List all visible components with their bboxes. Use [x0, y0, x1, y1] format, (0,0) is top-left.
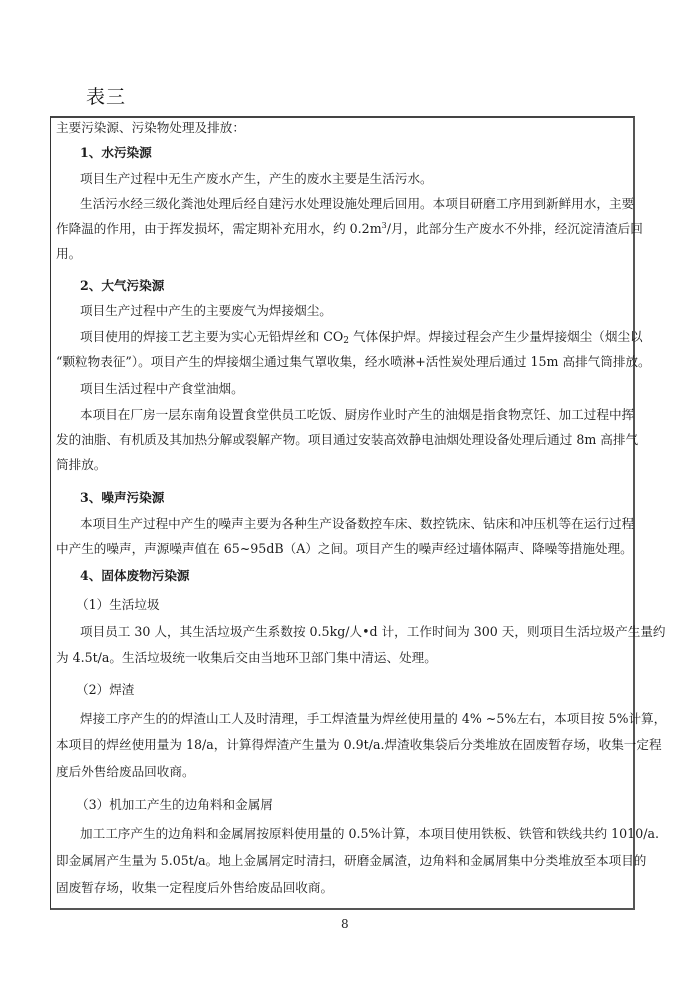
- air-heading: 2、大气污染源: [80, 278, 164, 294]
- page-number: 8: [341, 917, 349, 931]
- water-heading: 1、水污染源: [80, 145, 152, 161]
- air-paragraph-2-line-1: 项目使用的焊接工艺主要为实心无铅焊丝和 CO2 气体保护焊。焊接过程会产生少量焊…: [56, 329, 628, 345]
- domestic-garbage-line-1: 项目员工 30 人，其生活垃圾产生系数按 0.5kg/人•d 计，工作时间为 3…: [56, 624, 628, 640]
- text-segment: 作降温的作用，由于挥发损坏，需定期补充用水，约 0.2m: [56, 221, 382, 236]
- solid-waste-heading: 4、固体废物污染源: [80, 568, 190, 584]
- text-segment: /月，此部分生产废水不外排，经沉淀清渣后回: [387, 221, 643, 236]
- air-paragraph-3: 项目生活过程中产食堂油烟。: [80, 381, 244, 397]
- text-segment: 气体保护焊。焊接过程会产生少量焊接烟尘（烟尘以: [349, 329, 643, 344]
- scrap-metal-line-3: 固废暂存场，收集一定程度后外售给废品回收商。: [56, 880, 333, 896]
- scrap-metal-line-2: 即金属屑产生量为 5.05t/a。地上金属屑定时清扫，研磨金属渣，边角料和金属屑…: [56, 853, 628, 869]
- welding-slag-heading: （2）焊渣: [76, 682, 134, 698]
- scrap-metal-line-1: 加工工序产生的边角料和金属屑按原料使用量的 0.5%计算，本项目使用铁板、铁管和…: [56, 826, 628, 842]
- air-paragraph-4-line-2: 发的油脂、有机质及其加热分解或裂解产物。项目通过安装高效静电油烟处理设备处理后通…: [56, 432, 628, 448]
- noise-paragraph-line-2: 中产生的噪声，声源噪声值在 65~95dB（A）之间。项目产生的噪声经过墙体隔声…: [56, 541, 628, 557]
- water-paragraph-2-line-1: 生活污水经三级化粪池处理后经自建污水处理设施处理后回用。本项目研磨工序用到新鲜用…: [56, 196, 628, 212]
- text-segment: 项目使用的焊接工艺主要为实心无铅焊丝和 CO: [80, 329, 343, 344]
- noise-paragraph-line-1: 本项目生产过程中产生的噪声主要为各种生产设备数控车床、数控铣床、钻床和冲压机等在…: [56, 516, 628, 532]
- domestic-garbage-heading: （1）生活垃圾: [76, 597, 160, 613]
- water-paragraph-2-line-2: 作降温的作用，由于挥发损坏，需定期补充用水，约 0.2m3/月，此部分生产废水不…: [56, 221, 628, 237]
- noise-heading: 3、噪声污染源: [80, 490, 164, 506]
- water-paragraph-1: 项目生产过程中无生产废水产生，产生的废水主要是生活污水。: [80, 171, 433, 187]
- welding-slag-line-1: 焊接工序产生的的焊渣山工人及时清理，手工焊渣量为焊丝使用量的 4% ~5%左右，…: [56, 711, 628, 727]
- air-paragraph-1: 项目生产过程中产生的主要废气为焊接烟尘。: [80, 303, 332, 319]
- water-paragraph-2-line-3: 用。: [56, 246, 81, 262]
- scrap-metal-heading: （3）机加工产生的边角料和金属屑: [76, 797, 273, 813]
- section-title: 主要污染源、污染物处理及排放：: [56, 120, 245, 136]
- table-title: 表三: [86, 82, 126, 109]
- air-paragraph-2-line-2: “颗粒物表征”）。项目产生的焊接烟尘通过集气罩收集，经水喷淋+活性炭处理后通过 …: [56, 354, 628, 370]
- air-paragraph-4-line-1: 本项目在厂房一层东南角设置食堂供员工吃饭、厨房作业时产生的油烟是指食物烹饪、加工…: [56, 407, 628, 423]
- air-paragraph-4-line-3: 筒排放。: [56, 457, 106, 473]
- welding-slag-line-3: 度后外售给废品回收商。: [56, 764, 195, 780]
- domestic-garbage-line-2: 为 4.5t/a。生活垃圾统一收集后交由当地环卫部门集中清运、处理。: [56, 650, 437, 666]
- welding-slag-line-2: 本项目的焊丝使用量为 18/a，计算得焊渣产生量为 0.9t/a.焊渣收集袋后分…: [56, 737, 628, 753]
